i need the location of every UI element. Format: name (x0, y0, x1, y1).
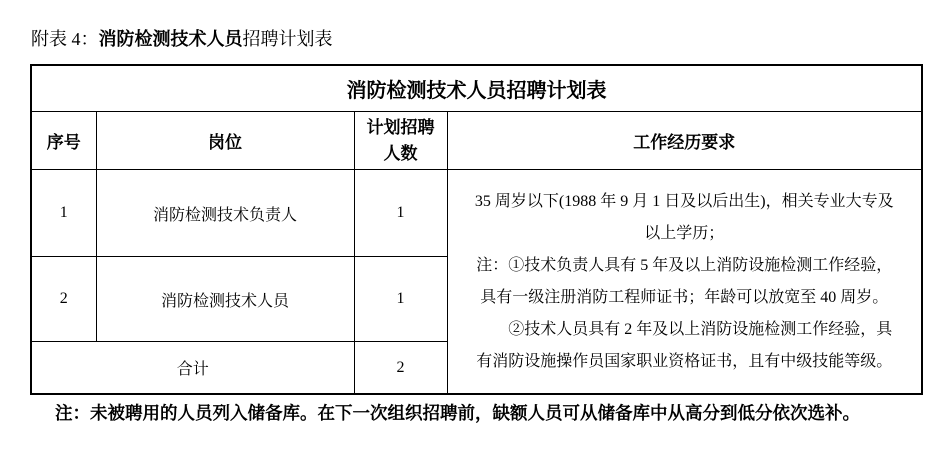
caption-bold-text: 消防检测技术人员 (99, 29, 243, 49)
header-position: 岗位 (96, 112, 354, 170)
table-title-row: 消防检测技术人员招聘计划表 (31, 65, 922, 112)
document-page: 附表 4：消防检测技术人员招聘计划表 消防检测技术人员招聘计划表 序号 岗位 计… (0, 0, 943, 469)
cell-total-count: 2 (354, 342, 447, 395)
caption-prefix: 附表 4： (31, 29, 99, 49)
cell-count: 1 (354, 257, 447, 342)
cell-position: 消防检测技术负责人 (96, 170, 354, 257)
table-row: 1 消防检测技术负责人 1 35 周岁以下(1988 年 9 月 1 日及以后出… (31, 170, 922, 257)
footer-note: 注：未被聘用的人员列入储备库。在下一次组织招聘前，缺额人员可从储备库中从高分到低… (55, 400, 860, 425)
cell-total-label: 合计 (31, 342, 354, 395)
table-title: 消防检测技术人员招聘计划表 (31, 65, 922, 112)
table-header-row: 序号 岗位 计划招聘 人数 工作经历要求 (31, 112, 922, 170)
cell-position: 消防检测技术人员 (96, 257, 354, 342)
header-experience: 工作经历要求 (447, 112, 922, 170)
caption-suffix: 招聘计划表 (243, 29, 333, 49)
table-caption: 附表 4：消防检测技术人员招聘计划表 (31, 27, 333, 51)
header-planned-count: 计划招聘 人数 (354, 112, 447, 170)
cell-count: 1 (354, 170, 447, 257)
cell-seq: 2 (31, 257, 96, 342)
header-seq: 序号 (31, 112, 96, 170)
recruitment-plan-table: 消防检测技术人员招聘计划表 序号 岗位 计划招聘 人数 工作经历要求 1 消防检… (30, 64, 923, 395)
cell-seq: 1 (31, 170, 96, 257)
cell-experience-requirements: 35 周岁以下(1988 年 9 月 1 日及以后出生)，相关专业大专及 以上学… (447, 170, 922, 395)
